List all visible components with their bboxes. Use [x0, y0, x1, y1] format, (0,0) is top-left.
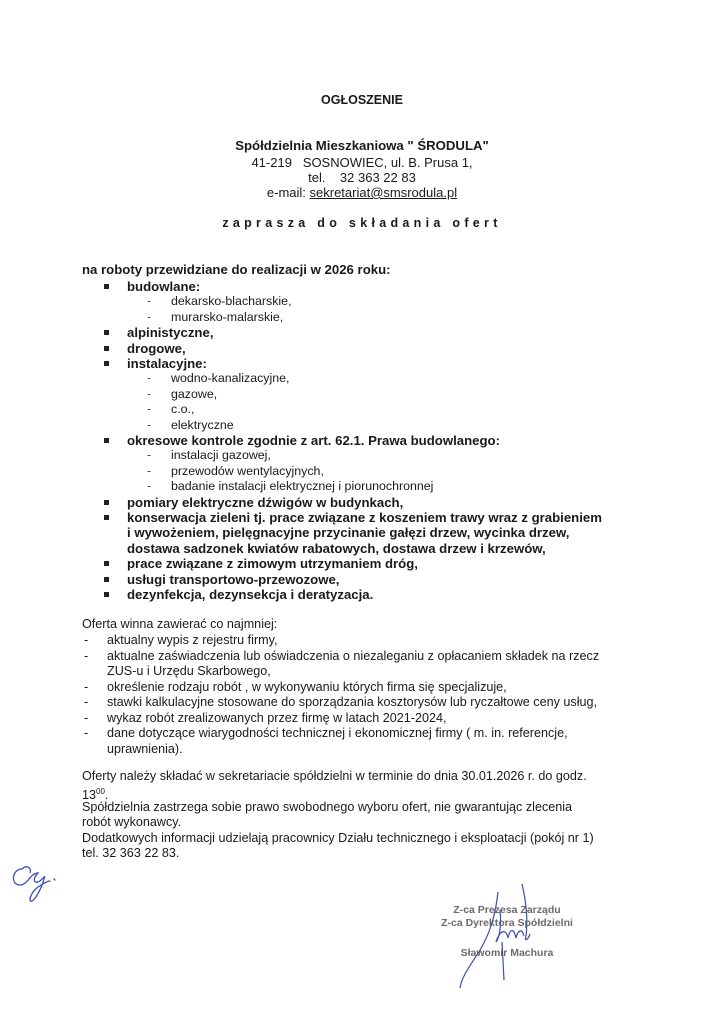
bullet-icon: [104, 561, 109, 566]
organization-address: 41-219 SOSNOWIEC, ul. B. Prusa 1,: [0, 155, 724, 170]
work-category: dezynfekcja, dezynsekcja i deratyzacja.: [127, 587, 373, 602]
work-category: budowlane:: [127, 279, 200, 294]
email-link[interactable]: sekretariat@smsrodula.pl: [310, 185, 458, 200]
requirements-intro: Oferta winna zawierać co najmniej:: [82, 617, 277, 632]
work-subitem: przewodów wentylacyjnych,: [171, 464, 324, 479]
dash-icon: -: [147, 479, 151, 494]
work-subitem: instalacji gazowej,: [171, 448, 271, 463]
invitation-heading: zaprasza do składania ofert: [0, 216, 724, 230]
dash-icon: -: [147, 294, 151, 309]
work-category-continuation: i wywożeniem, pielęgnacyjne przycinanie …: [127, 525, 569, 540]
work-subitem: c.o.,: [171, 402, 194, 417]
dash-icon: -: [84, 726, 88, 741]
work-category: drogowe,: [127, 341, 186, 356]
requirement-item: dane dotyczące wiarygodności technicznej…: [107, 726, 568, 741]
email-label: e-mail:: [267, 185, 310, 200]
work-category: prace związane z zimowym utrzymaniem dró…: [127, 556, 418, 571]
dash-icon: -: [147, 418, 151, 433]
reservation-text: Spółdzielnia zastrzega sobie prawo swobo…: [82, 800, 572, 815]
work-category: konserwacja zieleni tj. prace związane z…: [127, 510, 602, 525]
work-category: usługi transportowo-przewozowe,: [127, 572, 339, 587]
work-subitem: elektryczne: [171, 418, 234, 433]
work-subitem: dekarsko-blacharskie,: [171, 294, 292, 309]
dash-icon: -: [147, 371, 151, 386]
dash-icon: -: [84, 695, 88, 710]
bullet-icon: [104, 577, 109, 582]
organization-phone: tel. 32 363 22 83: [0, 170, 724, 185]
dash-icon: -: [147, 448, 151, 463]
bullet-icon: [104, 330, 109, 335]
requirement-item: stawki kalkulacyjne stosowane do sporząd…: [107, 695, 597, 710]
requirement-item: aktualny wypis z rejestru firmy,: [107, 633, 278, 648]
deadline-text: Oferty należy składać w sekretariacie sp…: [82, 769, 587, 784]
dash-icon: -: [147, 387, 151, 402]
dash-icon: -: [84, 633, 88, 648]
dash-icon: -: [147, 402, 151, 417]
work-subitem: gazowe,: [171, 387, 217, 402]
work-subitem: badanie instalacji elektrycznej i piorun…: [171, 479, 433, 494]
requirement-item: określenie rodzaju robót , w wykonywaniu…: [107, 680, 507, 695]
organization-email: e-mail: sekretariat@smsrodula.pl: [0, 185, 724, 200]
organization-name: Spółdzielnia Mieszkaniowa " ŚRODULA": [0, 138, 724, 153]
info-phone: tel. 32 363 22 83.: [82, 846, 179, 861]
bullet-icon: [104, 592, 109, 597]
handwritten-signature-icon: [440, 880, 570, 990]
work-category: okresowe kontrole zgodnie z art. 62.1. P…: [127, 433, 500, 448]
requirement-item: ZUS-u i Urzędu Skarbowego,: [107, 664, 271, 679]
bullet-icon: [104, 500, 109, 505]
document-title: OGŁOSZENIE: [0, 93, 724, 107]
bullet-icon: [104, 284, 109, 289]
work-category: alpinistyczne,: [127, 325, 213, 340]
work-subitem: murarsko-malarskie,: [171, 310, 283, 325]
work-category-continuation: dostawa sadzonek kwiatów rabatowych, dos…: [127, 541, 546, 556]
reservation-text-cont: robót wykonawcy.: [82, 815, 181, 830]
bullet-icon: [104, 438, 109, 443]
dash-icon: -: [147, 464, 151, 479]
initials-signature-icon: [8, 855, 68, 905]
bullet-icon: [104, 515, 109, 520]
dash-icon: -: [84, 711, 88, 726]
work-category: instalacyjne:: [127, 356, 207, 371]
info-text: Dodatkowych informacji udzielają pracown…: [82, 831, 594, 846]
works-intro: na roboty przewidziane do realizacji w 2…: [82, 262, 391, 277]
dash-icon: -: [84, 680, 88, 695]
dash-icon: -: [84, 649, 88, 664]
requirement-item: uprawnienia).: [107, 742, 183, 757]
dash-icon: -: [147, 310, 151, 325]
bullet-icon: [104, 361, 109, 366]
work-category: pomiary elektryczne dźwigów w budynkach,: [127, 495, 403, 510]
requirement-item: aktualne zaświadczenia lub oświadczenia …: [107, 649, 599, 664]
work-subitem: wodno-kanalizacyjne,: [171, 371, 289, 386]
requirement-item: wykaz robót zrealizowanych przez firmę w…: [107, 711, 447, 726]
bullet-icon: [104, 346, 109, 351]
